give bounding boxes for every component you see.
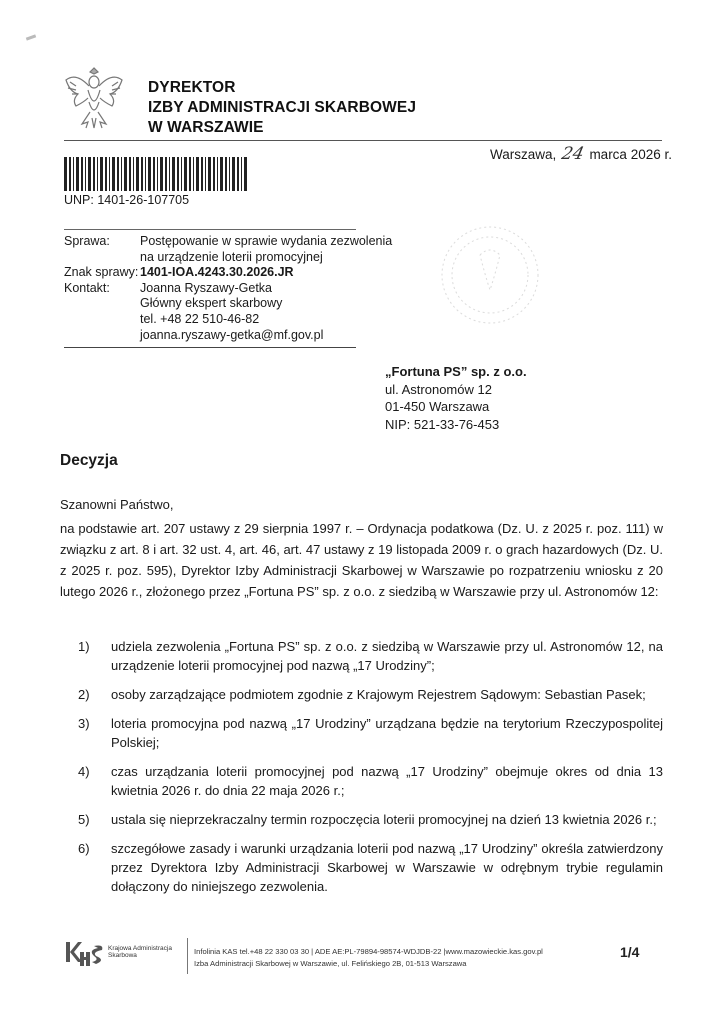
- contact-email[interactable]: joanna.ryszawy-getka@mf.gov.pl: [140, 328, 392, 344]
- polish-eagle-emblem-icon: [62, 62, 126, 134]
- official-stamp-icon: [425, 215, 555, 325]
- kontakt-label: Kontakt:: [64, 281, 140, 297]
- case-reference: 1401-IOA.4243.30.2026.JR: [140, 265, 392, 281]
- decision-point-text: ustala się nieprzekraczalny termin rozpo…: [111, 810, 663, 829]
- decision-point-text: czas urządzania loterii promocyjnej pod …: [111, 762, 663, 800]
- decision-point-text: udziela zezwolenia „Fortuna PS” sp. z o.…: [111, 637, 663, 675]
- case-metadata: Sprawa:Postępowanie w sprawie wydania ze…: [64, 234, 392, 343]
- barcode: [64, 157, 248, 191]
- page-number: 1/4: [620, 944, 639, 960]
- decision-point: 4)czas urządzania loterii promocyjnej po…: [78, 762, 663, 800]
- decision-point-number: 4): [78, 762, 111, 800]
- issuer-line-2: IZBY ADMINISTRACJI SKARBOWEJ: [148, 98, 416, 118]
- decision-point-text: szczegółowe zasady i warunki urządzania …: [111, 839, 663, 896]
- decision-point-number: 1): [78, 637, 111, 675]
- recipient-city: 01-450 Warszawa: [385, 398, 527, 416]
- meta-bottom-divider: [64, 347, 356, 348]
- decision-point-number: 3): [78, 714, 111, 752]
- unp-number: UNP: 1401-26-107705: [64, 193, 189, 207]
- footer-info-line-1: Infolinia KAS tel.+48 22 330 03 30 | ADE…: [194, 946, 543, 958]
- kas-org-line-2: Skarbowa: [108, 952, 172, 959]
- decision-point: 3)loteria promocyjna pod nazwą „17 Urodz…: [78, 714, 663, 752]
- issuer-line-1: DYREKTOR: [148, 78, 416, 98]
- greeting: Szanowni Państwo,: [60, 497, 173, 512]
- header-divider: [64, 140, 662, 141]
- scan-artifact: [26, 34, 36, 40]
- footer-divider: [187, 938, 188, 974]
- decision-point: 5)ustala się nieprzekraczalny termin roz…: [78, 810, 663, 829]
- decision-point-number: 5): [78, 810, 111, 829]
- footer-info-line-2: Izba Administracji Skarbowej w Warszawie…: [194, 958, 543, 970]
- date-place: Warszawa,: [490, 147, 556, 162]
- decision-point: 1)udziela zezwolenia „Fortuna PS” sp. z …: [78, 637, 663, 675]
- znak-label: Znak sprawy:: [64, 265, 140, 281]
- meta-top-divider: [64, 229, 356, 230]
- issuer-line-3: W WARSZAWIE: [148, 118, 416, 138]
- decision-point-number: 2): [78, 685, 111, 704]
- contact-name: Joanna Ryszawy-Getka: [140, 281, 392, 297]
- issuer-heading: DYREKTOR IZBY ADMINISTRACJI SKARBOWEJ W …: [148, 78, 416, 138]
- decision-heading: Decyzja: [60, 452, 118, 470]
- sprawa-line-2: na urządzenie loterii promocyjnej: [140, 250, 392, 266]
- recipient-address: „Fortuna PS” sp. z o.o. ul. Astronomów 1…: [385, 363, 527, 433]
- decision-point-text: osoby zarządzające podmiotem zgodnie z K…: [111, 685, 663, 704]
- kas-org-name: Krajowa Administracja Skarbowa: [108, 945, 172, 959]
- handwritten-day: 24: [560, 144, 586, 164]
- date-line: Warszawa, 24 marca 2026 r.: [490, 144, 672, 164]
- sprawa-line-1: Postępowanie w sprawie wydania zezwoleni…: [140, 234, 392, 250]
- contact-phone: tel. +48 22 510-46-82: [140, 312, 392, 328]
- decision-point-number: 6): [78, 839, 111, 896]
- kas-org-line-1: Krajowa Administracja: [108, 945, 172, 952]
- contact-title: Główny ekspert skarbowy: [140, 296, 392, 312]
- recipient-nip: NIP: 521-33-76-453: [385, 416, 527, 434]
- recipient-street: ul. Astronomów 12: [385, 381, 527, 399]
- legal-basis-paragraph: na podstawie art. 207 ustawy z 29 sierpn…: [60, 518, 663, 602]
- date-month-year: marca 2026 r.: [589, 147, 672, 162]
- kas-logo-icon: [64, 938, 106, 970]
- decision-point-text: loteria promocyjna pod nazwą „17 Urodzin…: [111, 714, 663, 752]
- decision-point: 6)szczegółowe zasady i warunki urządzani…: [78, 839, 663, 896]
- sprawa-label: Sprawa:: [64, 234, 140, 250]
- decision-point: 2)osoby zarządzające podmiotem zgodnie z…: [78, 685, 663, 704]
- recipient-name: „Fortuna PS” sp. z o.o.: [385, 363, 527, 381]
- decision-points-list: 1)udziela zezwolenia „Fortuna PS” sp. z …: [78, 637, 663, 906]
- footer-info: Infolinia KAS tel.+48 22 330 03 30 | ADE…: [194, 946, 543, 970]
